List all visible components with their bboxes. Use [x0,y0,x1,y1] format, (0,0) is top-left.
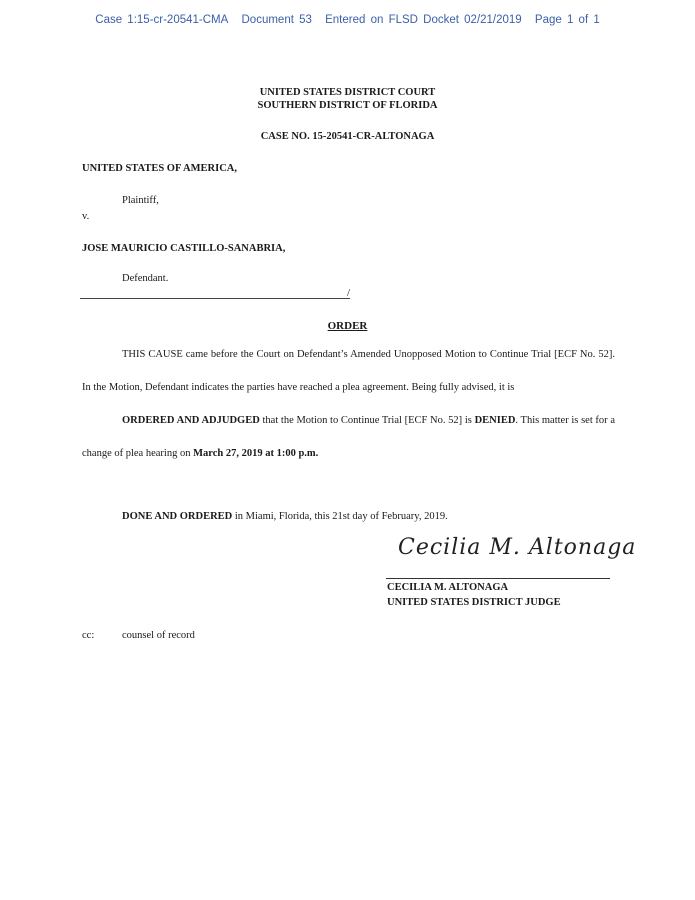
caption-line [80,298,350,299]
order-paragraph-2: ORDERED AND ADJUDGED that the Motion to … [82,404,615,470]
header-page: Page 1 of 1 [535,14,600,26]
order-title: ORDER [0,320,695,332]
defendant-role: Defendant. [122,273,168,284]
judge-signature: Cecilia M. Altonaga [398,535,636,560]
header-case: Case 1:15-cr-20541-CMA [95,14,228,26]
p2-text: that the Motion to Continue Trial [ECF N… [260,415,475,426]
plaintiff-role: Plaintiff, [122,195,159,206]
header-document: Document 53 [242,14,312,26]
order-paragraph-3: DONE AND ORDERED in Miami, Florida, this… [82,500,615,533]
denied: DENIED [475,415,516,426]
caption-slash: / [347,287,350,299]
ecf-header: Case 1:15-cr-20541-CMA Document 53 Enter… [0,14,695,26]
plaintiff-name: UNITED STATES OF AMERICA, [82,163,237,174]
court-name: UNITED STATES DISTRICT COURT [0,87,695,98]
cc-label: cc: [82,630,94,641]
header-entered: Entered on FLSD Docket 02/21/2019 [325,14,522,26]
done-ordered: DONE AND ORDERED [122,511,232,522]
case-number: CASE NO. 15-20541-CR-ALTONAGA [0,131,695,142]
versus: v. [82,211,89,222]
defendant-name: JOSE MAURICIO CASTILLO-SANABRIA, [82,243,285,254]
ordered-adjudged: ORDERED AND ADJUDGED [122,415,260,426]
hearing-date: March 27, 2019 at 1:00 p.m. [193,448,318,459]
judge-title: UNITED STATES DISTRICT JUDGE [387,597,561,608]
p3-text: in Miami, Florida, this 21st day of Febr… [232,511,447,522]
judge-name: CECILIA M. ALTONAGA [387,582,508,593]
cc-value: counsel of record [122,630,195,641]
court-district: SOUTHERN DISTRICT OF FLORIDA [0,100,695,111]
signature-line [386,578,610,579]
order-paragraph-1: THIS CAUSE came before the Court on Defe… [82,338,615,404]
